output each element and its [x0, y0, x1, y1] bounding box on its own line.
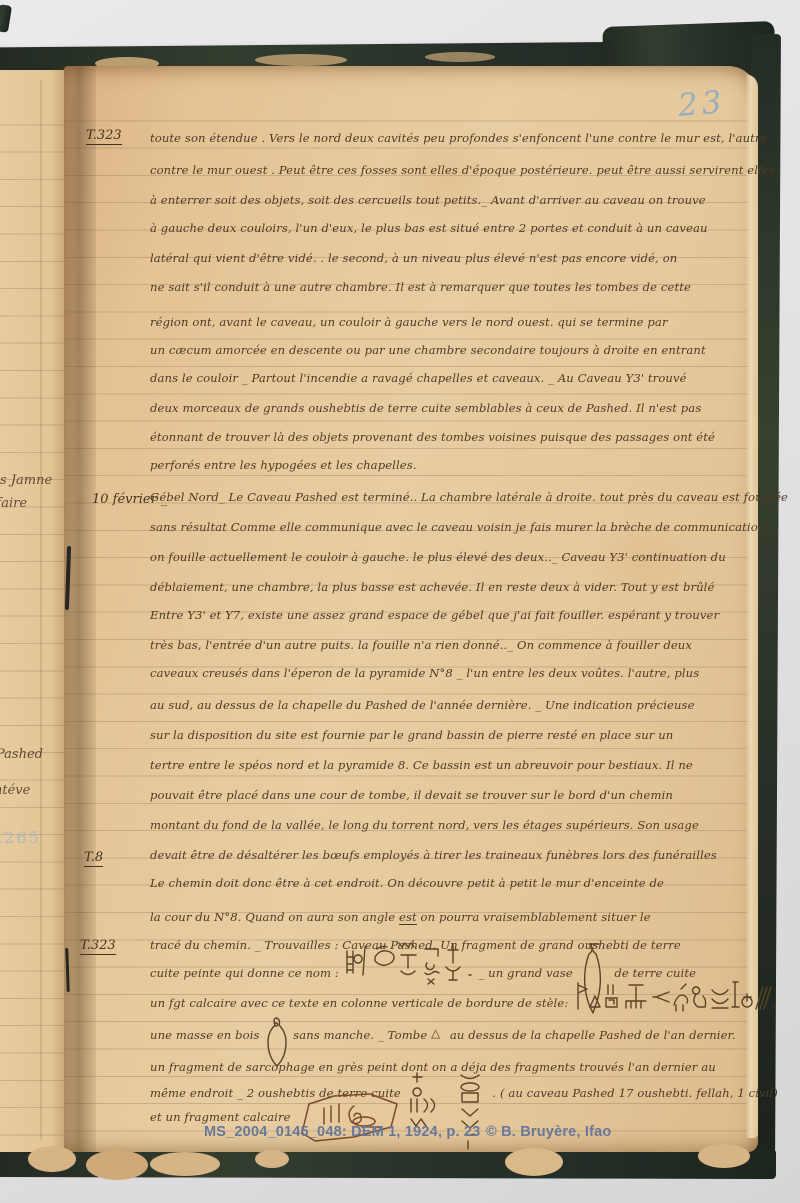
manuscript-text: est: [399, 910, 417, 925]
manuscript-text: au dessus de la chapelle Pashed de l'an …: [446, 1028, 736, 1042]
margin-note: T.323: [86, 128, 122, 145]
manuscript-text: sur la disposition du site est fournie p…: [150, 728, 673, 742]
manuscript-text: contre le mur ouest . Peut être ces foss…: [150, 163, 775, 177]
manuscript-text: Le chemin doit donc être à cet endroit. …: [150, 876, 664, 890]
ostracon-sketch: [294, 1109, 404, 1121]
margin-note: T.8: [84, 850, 103, 867]
manuscript-line: un fgt calcaire avec ce texte en colonne…: [150, 994, 776, 1012]
manuscript-text: ne sait s'il conduit à une autre chambre…: [150, 280, 691, 294]
manuscript-text: une masse en bois: [150, 1028, 263, 1042]
manuscript-line: pouvait être placé dans une cour de tomb…: [150, 786, 673, 804]
manuscript-text: à enterrer soit des objets, soit des cer…: [150, 193, 706, 207]
stela-band-sketch: [572, 995, 768, 1007]
manuscript-text: dans le couloir _ Partout l'incendie a r…: [150, 371, 687, 385]
manuscript-text: tertre entre le spéos nord et la pyramid…: [150, 758, 693, 772]
facing-page-text-fragment: ntéve: [0, 783, 30, 798]
manuscript-text: pouvait être placé dans une cour de tomb…: [150, 788, 673, 802]
manuscript-line: Le chemin doit donc être à cet endroit. …: [150, 874, 664, 892]
manuscript-line: une masse en bois sans manche. _ Tombe △…: [150, 1026, 736, 1044]
manuscript-text: on fouille actuellement le couloir à gau…: [150, 550, 726, 564]
manuscript-line: à enterrer soit des objets, soit des cer…: [150, 191, 706, 209]
manuscript-text: très bas, l'entrée d'un autre puits. la …: [150, 638, 692, 652]
page-number-blue-pencil: 23: [677, 84, 727, 124]
manuscript-line: Gébel Nord_ Le Caveau Pashed est terminé…: [150, 488, 788, 506]
facing-page-text-fragment: des Jamne: [0, 473, 52, 488]
tomb-triangle-sketch: △: [431, 1027, 446, 1039]
manuscript-text: _ un grand vase: [475, 966, 577, 980]
manuscript-text: un cæcum amorcée en descente ou par une …: [150, 343, 706, 357]
manuscript-line: un cæcum amorcée en descente ou par une …: [150, 341, 706, 359]
manuscript-line: Entre Y3' et Y7, existe une assez grand …: [150, 606, 719, 624]
manuscript-text: montant du fond de la vallée, le long du…: [150, 818, 699, 832]
manuscript-line: même endroit _ 2 oushebtis de terre cuit…: [150, 1084, 778, 1102]
manuscript-text: deux morceaux de grands oushebtis de ter…: [150, 401, 701, 415]
mace-sketch: [263, 1027, 289, 1039]
manuscript-line: on fouille actuellement le couloir à gau…: [150, 548, 726, 566]
manuscript-text: un fgt calcaire avec ce texte en colonne…: [150, 996, 572, 1010]
manuscript-line: sans résultat Comme elle communique avec…: [150, 518, 765, 536]
manuscript-text: sans manche. _ Tombe: [289, 1028, 431, 1042]
manuscript-line: sur la disposition du site est fournie p…: [150, 726, 673, 744]
archive-caption-credit: © B. Bruyère, Ifao: [486, 1124, 611, 1140]
vase-sketch: [577, 965, 611, 977]
facing-page-text-fragment: ffaire: [0, 496, 27, 511]
manuscript-line: dans le couloir _ Partout l'incendie a r…: [150, 369, 687, 387]
manuscript-line: montant du fond de la vallée, le long du…: [150, 816, 699, 834]
manuscript-text: étonnant de trouver là des objets proven…: [150, 430, 715, 444]
manuscript-text: toute son étendue . Vers le nord deux ca…: [150, 131, 768, 145]
manuscript-line: déblaiement, une chambre, la plus basse …: [150, 578, 714, 596]
manuscript-line: devait être de désaltérer les bœufs empl…: [150, 846, 717, 864]
manuscript-text: Entre Y3' et Y7, existe une assez grand …: [150, 608, 719, 622]
manuscript-text: cuite peinte qui donne ce nom :: [150, 966, 343, 980]
manuscript-line: au sud, au dessus de la chapelle du Pash…: [150, 696, 695, 714]
manuscript-text: latéral qui vient d'être vidé. . le seco…: [150, 251, 677, 265]
manuscript-text: déblaiement, une chambre, la plus basse …: [150, 580, 714, 594]
manuscript-text: .: [768, 996, 776, 1010]
manuscript-line: perforés entre les hypogées et les chape…: [150, 456, 417, 474]
manuscript-line: très bas, l'entrée d'un autre puits. la …: [150, 636, 692, 654]
manuscript-text: perforés entre les hypogées et les chape…: [150, 458, 417, 472]
manuscript-line: caveaux creusés dans l'éperon de la pyra…: [150, 664, 699, 682]
manuscript-line: ne sait s'il conduit à une autre chambre…: [150, 278, 691, 296]
manuscript-line: deux morceaux de grands oushebtis de ter…: [150, 399, 701, 417]
manuscript-text: caveaux creusés dans l'éperon de la pyra…: [150, 666, 699, 680]
manuscript-line: la cour du N°8. Quand on aura son angle …: [150, 908, 651, 926]
manuscript-line: latéral qui vient d'être vidé. . le seco…: [150, 249, 677, 267]
notebook-photo: des JamneffairePashedntéve2265 T.32310 f…: [0, 0, 800, 1203]
margin-note: T.323: [80, 938, 116, 955]
manuscript-text: et un fragment calcaire: [150, 1110, 294, 1124]
hiero-name-sketch: [343, 965, 475, 977]
manuscript-text: région ont, avant le caveau, un couloir …: [150, 315, 668, 329]
manuscript-text: . ( au caveau Pashed 17 oushebti. fellah…: [489, 1086, 778, 1100]
manuscript-text: Gébel Nord_ Le Caveau Pashed est terminé…: [150, 490, 788, 504]
manuscript-line: étonnant de trouver là des objets proven…: [150, 428, 715, 446]
archive-caption-id: MS_2004_0145_048: DEM 1, 1924, p. 23: [204, 1124, 480, 1140]
manuscript-line: toute son étendue . Vers le nord deux ca…: [150, 129, 768, 147]
manuscript-text: on pourra vraisemblablement situer le: [417, 910, 651, 924]
manuscript-line: à gauche deux couloirs, l'un d'eux, le p…: [150, 219, 708, 237]
manuscript-line: région ont, avant le caveau, un couloir …: [150, 313, 668, 331]
manuscript-text: la cour du N°8. Quand on aura son angle: [150, 910, 399, 924]
facing-page-number-fragment: 2265: [0, 828, 41, 847]
manuscript-text: à gauche deux couloirs, l'un d'eux, le p…: [150, 221, 708, 235]
manuscript-text: au sud, au dessus de la chapelle du Pash…: [150, 698, 695, 712]
facing-page-text-fragment: Pashed: [0, 747, 43, 762]
manuscript-line: tertre entre le spéos nord et la pyramid…: [150, 756, 693, 774]
hiero-cols-sketch: [405, 1085, 489, 1097]
manuscript-line: contre le mur ouest . Peut être ces foss…: [150, 161, 775, 179]
manuscript-text: devait être de désaltérer les bœufs empl…: [150, 848, 717, 862]
handwriting-layer: des JamneffairePashedntéve2265 T.32310 f…: [0, 0, 800, 1203]
manuscript-text: sans résultat Comme elle communique avec…: [150, 520, 765, 534]
